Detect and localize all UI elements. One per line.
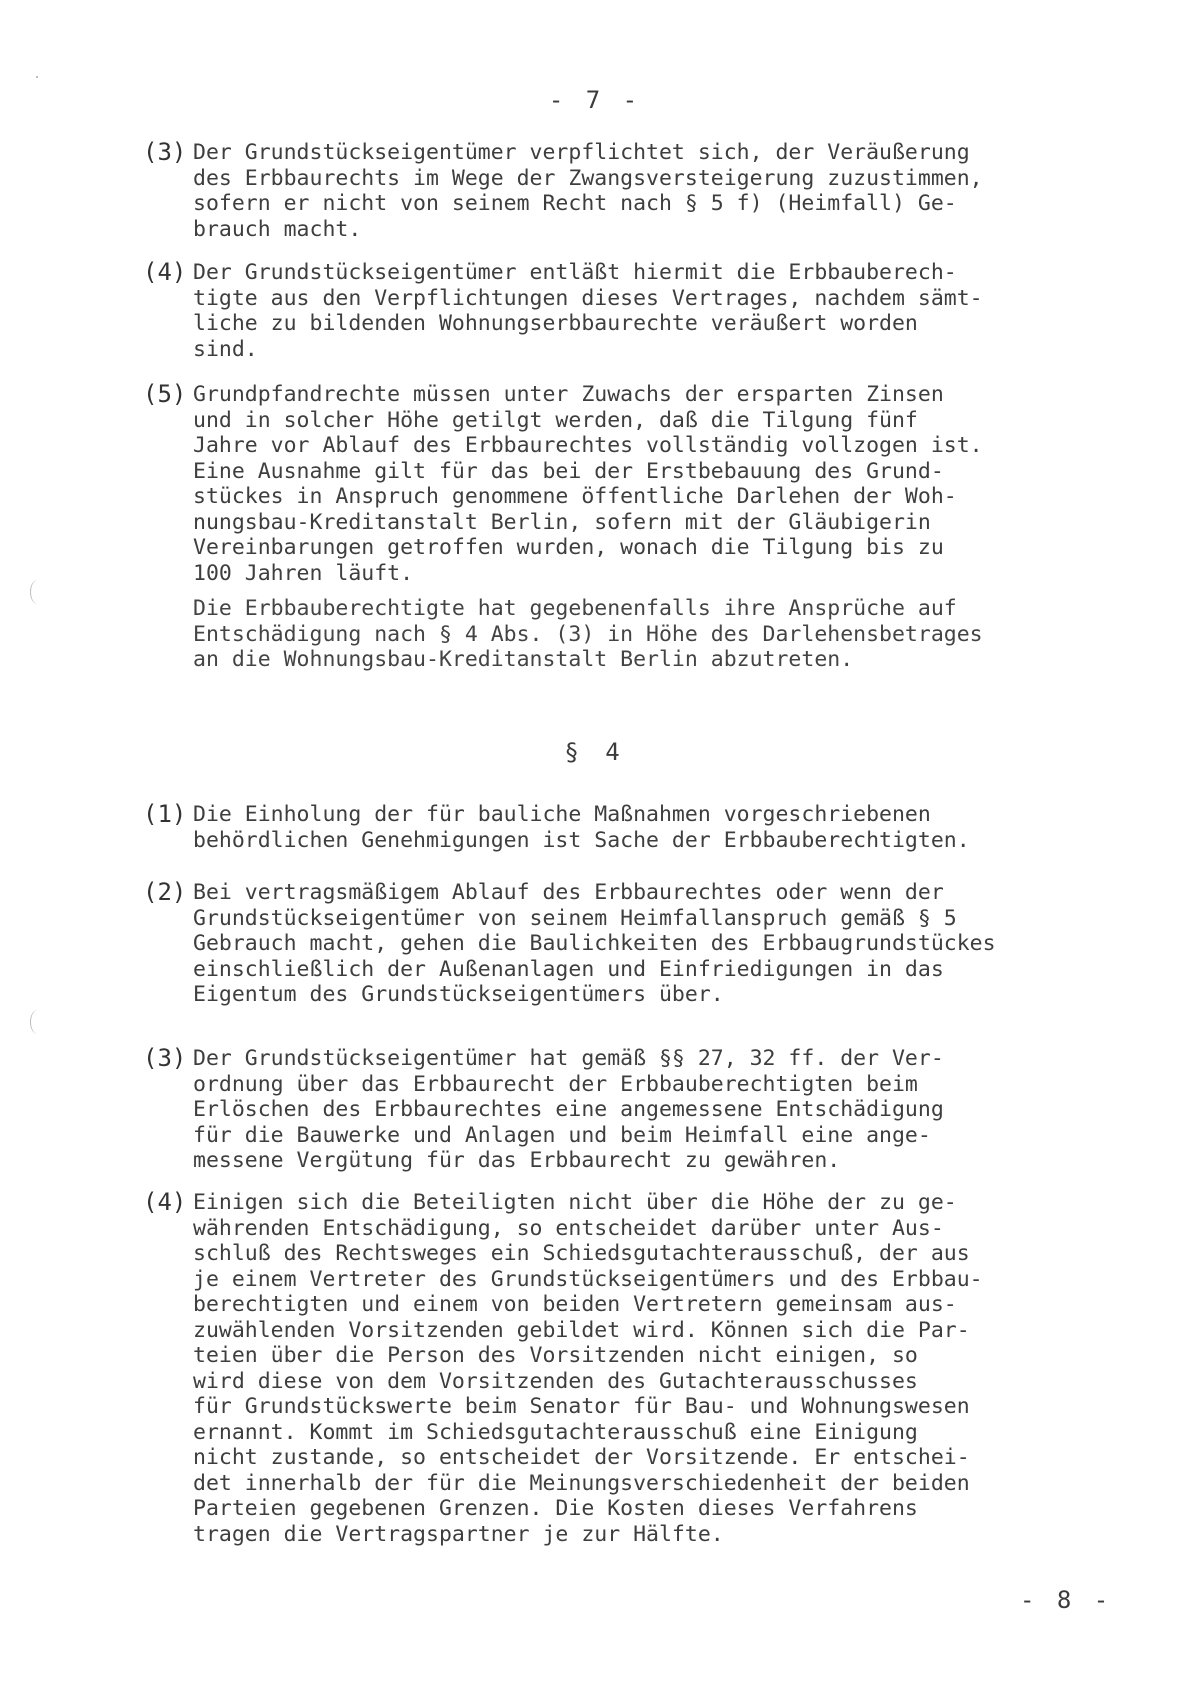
section-heading-4: § 4 bbox=[0, 738, 1190, 766]
text-line: Erlöschen des Erbbaurechtes eine angemes… bbox=[193, 1097, 1103, 1123]
text-line: Der Grundstückseigentümer hat gemäß §§ 2… bbox=[193, 1046, 1103, 1072]
text-line: Die Erbbauberechtigte hat gegebenenfalls… bbox=[193, 596, 1103, 622]
text-line: brauch macht. bbox=[193, 217, 1103, 243]
paragraph-3-4: (4) Der Grundstückseigentümer entläßt hi… bbox=[143, 260, 1103, 362]
text-line: für Grundstückswerte beim Senator für Ba… bbox=[193, 1394, 1103, 1420]
text-line: schluß des Rechtsweges ein Schiedsgutach… bbox=[193, 1241, 1103, 1267]
text-line: Vereinbarungen getroffen wurden, wonach … bbox=[193, 535, 1103, 561]
document-page: - 7 - (3) Der Grundstückseigentümer verp… bbox=[0, 0, 1190, 1683]
text-line: liche zu bildenden Wohnungserbbaurechte … bbox=[193, 311, 1103, 337]
paragraph-4-1: (1) Die Einholung der für bauliche Maßna… bbox=[143, 802, 1103, 853]
text-line: Bei vertragsmäßigem Ablauf des Erbbaurec… bbox=[193, 880, 1103, 906]
text-line: Der Grundstückseigentümer entläßt hiermi… bbox=[193, 260, 1103, 286]
text-line: Eigentum des Grundstückseigentümers über… bbox=[193, 982, 1103, 1008]
text-line: behördlichen Genehmigungen ist Sache der… bbox=[193, 828, 1103, 854]
paragraph-4-4: (4) Einigen sich die Beteiligten nicht ü… bbox=[143, 1190, 1103, 1547]
text-line: je einem Vertreter des Grundstückseigent… bbox=[193, 1267, 1103, 1293]
text-line: währenden Entschädigung, so entscheidet … bbox=[193, 1216, 1103, 1242]
scan-artifact bbox=[30, 1010, 45, 1034]
page-number-top: - 7 - bbox=[0, 86, 1190, 114]
text-line: des Erbbaurechts im Wege der Zwangsverst… bbox=[193, 166, 1103, 192]
paragraph-number: (5) bbox=[143, 382, 193, 408]
paragraph-number: (3) bbox=[143, 140, 193, 166]
text-line: messene Vergütung für das Erbbaurecht zu… bbox=[193, 1148, 1103, 1174]
text-line: berechtigten und einem von beiden Vertre… bbox=[193, 1292, 1103, 1318]
paragraph-4-3: (3) Der Grundstückseigentümer hat gemäß … bbox=[143, 1046, 1103, 1174]
text-line: Einigen sich die Beteiligten nicht über … bbox=[193, 1190, 1103, 1216]
paragraph-number: (4) bbox=[143, 260, 193, 286]
text-line: nicht zustande, so entscheidet der Vorsi… bbox=[193, 1445, 1103, 1471]
continuation-paragraph: Die Erbbauberechtigte hat gegebenenfalls… bbox=[193, 596, 1103, 673]
text-line: nungsbau-Kreditanstalt Berlin, sofern mi… bbox=[193, 510, 1103, 536]
text-line: det innerhalb der für die Meinungsversch… bbox=[193, 1471, 1103, 1497]
text-line: Grundpfandrechte müssen unter Zuwachs de… bbox=[193, 382, 1103, 408]
text-line: ernannt. Kommt im Schiedsgutachteraussch… bbox=[193, 1420, 1103, 1446]
text-line: an die Wohnungsbau-Kreditanstalt Berlin … bbox=[193, 647, 1103, 673]
paragraph-number: (4) bbox=[143, 1190, 193, 1216]
text-line: zuwählenden Vorsitzenden gebildet wird. … bbox=[193, 1318, 1103, 1344]
text-line: sind. bbox=[193, 337, 1103, 363]
text-line: Parteien gegebenen Grenzen. Die Kosten d… bbox=[193, 1496, 1103, 1522]
text-line: stückes in Anspruch genommene öffentlich… bbox=[193, 484, 1103, 510]
text-line: Eine Ausnahme gilt für das bei der Erstb… bbox=[193, 459, 1103, 485]
paragraph-4-2: (2) Bei vertragsmäßigem Ablauf des Erbba… bbox=[143, 880, 1103, 1008]
paragraph-3-5: (5) Grundpfandrechte müssen unter Zuwach… bbox=[143, 382, 1103, 586]
text-line: tigte aus den Verpflichtungen dieses Ver… bbox=[193, 286, 1103, 312]
paragraph-3-3: (3) Der Grundstückseigentümer verpflicht… bbox=[143, 140, 1103, 242]
paragraph-number: (1) bbox=[143, 802, 193, 828]
text-line: wird diese von dem Vorsitzenden des Guta… bbox=[193, 1369, 1103, 1395]
text-line: einschließlich der Außenanlagen und Einf… bbox=[193, 957, 1103, 983]
text-line: Der Grundstückseigentümer verpflichtet s… bbox=[193, 140, 1103, 166]
text-line: Jahre vor Ablauf des Erbbaurechtes volls… bbox=[193, 433, 1103, 459]
text-line: teien über die Person des Vorsitzenden n… bbox=[193, 1343, 1103, 1369]
text-line: Grundstückseigentümer von seinem Heimfal… bbox=[193, 906, 1103, 932]
text-line: sofern er nicht von seinem Recht nach § … bbox=[193, 191, 1103, 217]
scan-artifact bbox=[30, 580, 45, 604]
text-line: und in solcher Höhe getilgt werden, daß … bbox=[193, 408, 1103, 434]
paragraph-number: (3) bbox=[143, 1046, 193, 1072]
text-line: für die Bauwerke und Anlagen und beim He… bbox=[193, 1123, 1103, 1149]
text-line: tragen die Vertragspartner je zur Hälfte… bbox=[193, 1522, 1103, 1548]
text-line: 100 Jahren läuft. bbox=[193, 561, 1103, 587]
paragraph-number: (2) bbox=[143, 880, 193, 906]
page-number-bottom: - 8 - bbox=[1020, 1586, 1112, 1614]
text-line: Gebrauch macht, gehen die Baulichkeiten … bbox=[193, 931, 1103, 957]
text-line: Entschädigung nach § 4 Abs. (3) in Höhe … bbox=[193, 622, 1103, 648]
text-line: Die Einholung der für bauliche Maßnahmen… bbox=[193, 802, 1103, 828]
scan-speck bbox=[36, 76, 38, 78]
text-line: ordnung über das Erbbaurecht der Erbbaub… bbox=[193, 1072, 1103, 1098]
